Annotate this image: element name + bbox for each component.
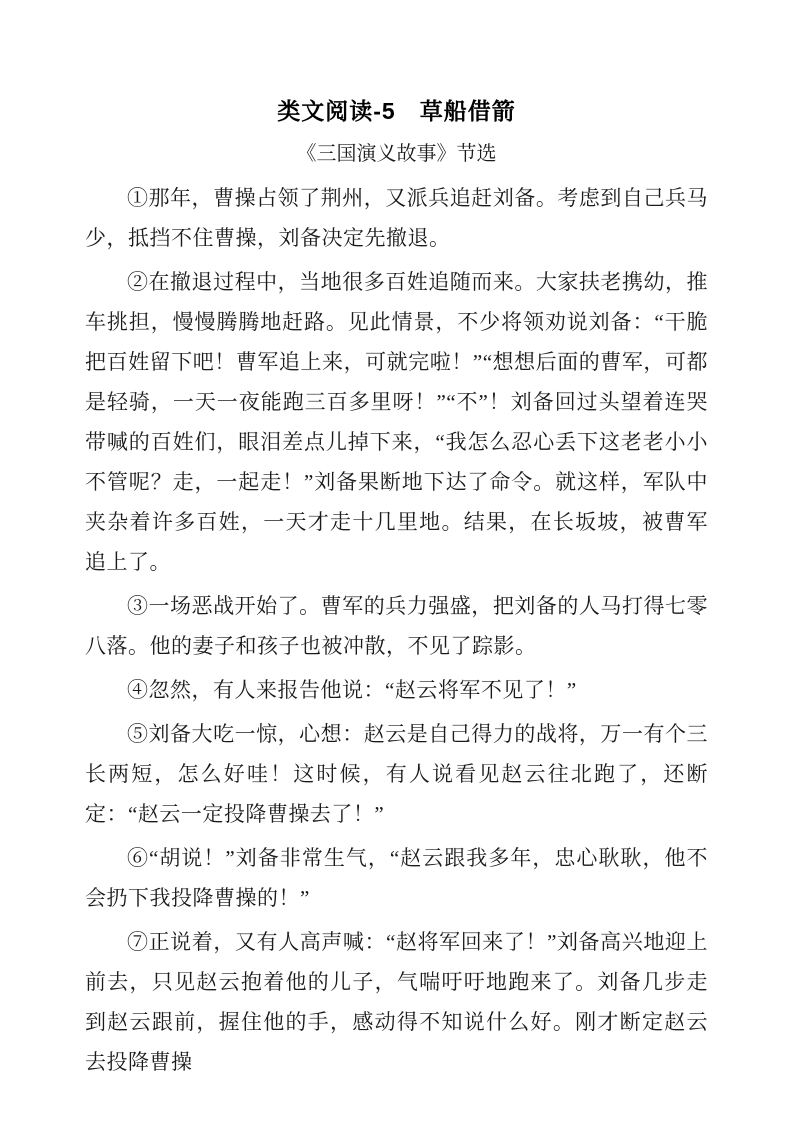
paragraph-3: ③一场恶战开始了。曹军的兵力强盛，把刘备的人马打得七零八落。他的妻子和孩子也被冲… (85, 586, 708, 666)
paragraph-7: ⑦正说着，又有人高声喊：“赵将军回来了！”刘备高兴地迎上前去，只见赵云抱着他的儿… (85, 922, 708, 1082)
paragraph-4: ④忽然，有人来报告他说：“赵云将军不见了！” (85, 670, 708, 710)
paragraph-5: ⑤刘备大吃一惊，心想：赵云是自己得力的战将，万一有个三长两短，怎么好哇！这时候，… (85, 714, 708, 834)
page-subtitle: 《三国演义故事》节选 (85, 142, 708, 167)
document-page: 类文阅读-5 草船借箭 《三国演义故事》节选 ①那年，曹操占领了荆州，又派兵追赶… (0, 0, 793, 1122)
paragraph-6: ⑥“胡说！”刘备非常生气，“赵云跟我多年，忠心耿耿，他不会扔下我投降曹操的！” (85, 838, 708, 918)
paragraph-2: ②在撤退过程中，当地很多百姓追随而来。大家扶老携幼，推车挑担，慢慢腾腾地赶路。见… (85, 262, 708, 582)
document-body: ①那年，曹操占领了荆州，又派兵追赶刘备。考虑到自己兵马少，抵挡不住曹操，刘备决定… (85, 178, 708, 1082)
page-title: 类文阅读-5 草船借箭 (85, 97, 708, 125)
paragraph-1: ①那年，曹操占领了荆州，又派兵追赶刘备。考虑到自己兵马少，抵挡不住曹操，刘备决定… (85, 178, 708, 258)
